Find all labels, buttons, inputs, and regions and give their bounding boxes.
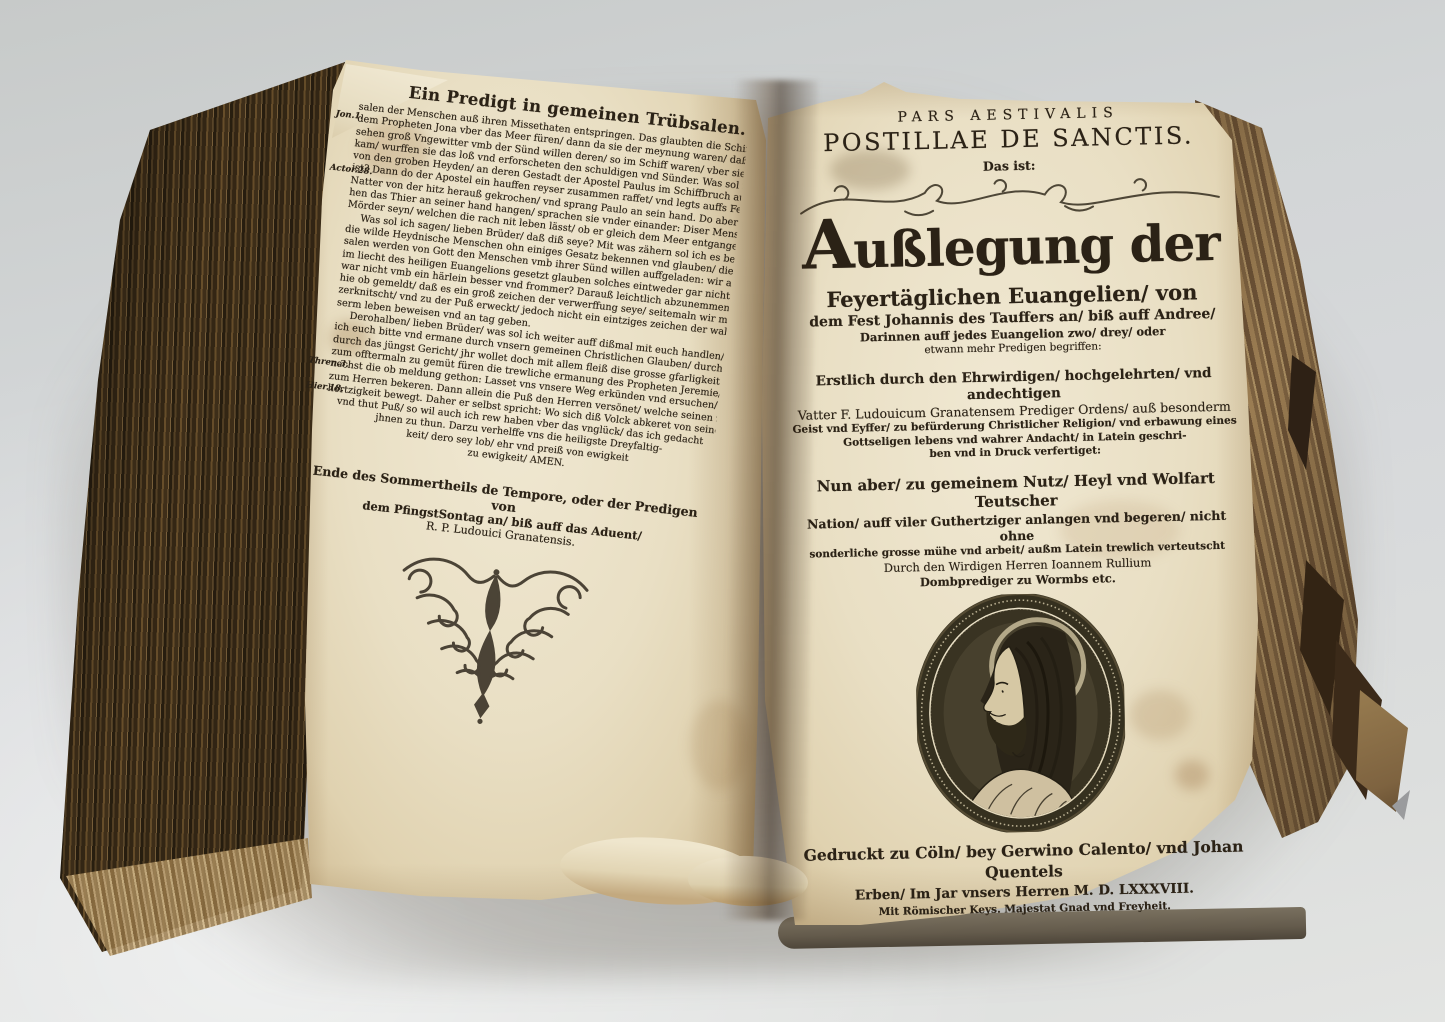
dedication-block: Erstlich durch den Ehrwirdigen/ hochgele…	[787, 364, 1241, 464]
subtitle-block: Feyertäglichen Euangelien/ vondem Fest J…	[786, 277, 1239, 361]
photo-antique-book: Ein Predigt in gemeinen Trübsalen. Jon.1…	[0, 0, 1445, 1022]
german-main-title: Außlegung der	[784, 203, 1237, 281]
left-page-text-block: Ein Predigt in gemeinen Trübsalen. Jon.1…	[279, 76, 750, 748]
title-page-text-block: PARS AESTIVALIS POSTILLAE DE SANCTIS. Da…	[782, 103, 1251, 922]
christ-portrait-medallion	[914, 592, 1127, 834]
arabesque-tailpiece-ornament	[374, 543, 604, 737]
translation-block: Nun aber/ zu gemeinem Nutz/ Heyl vnd Wol…	[790, 468, 1244, 592]
left-page-body-text: salen der Menschen auß ihren Missethaten…	[308, 100, 747, 487]
imprint-block: Gedruckt zu Cöln/ bey Gerwino Calento/ v…	[797, 835, 1251, 921]
